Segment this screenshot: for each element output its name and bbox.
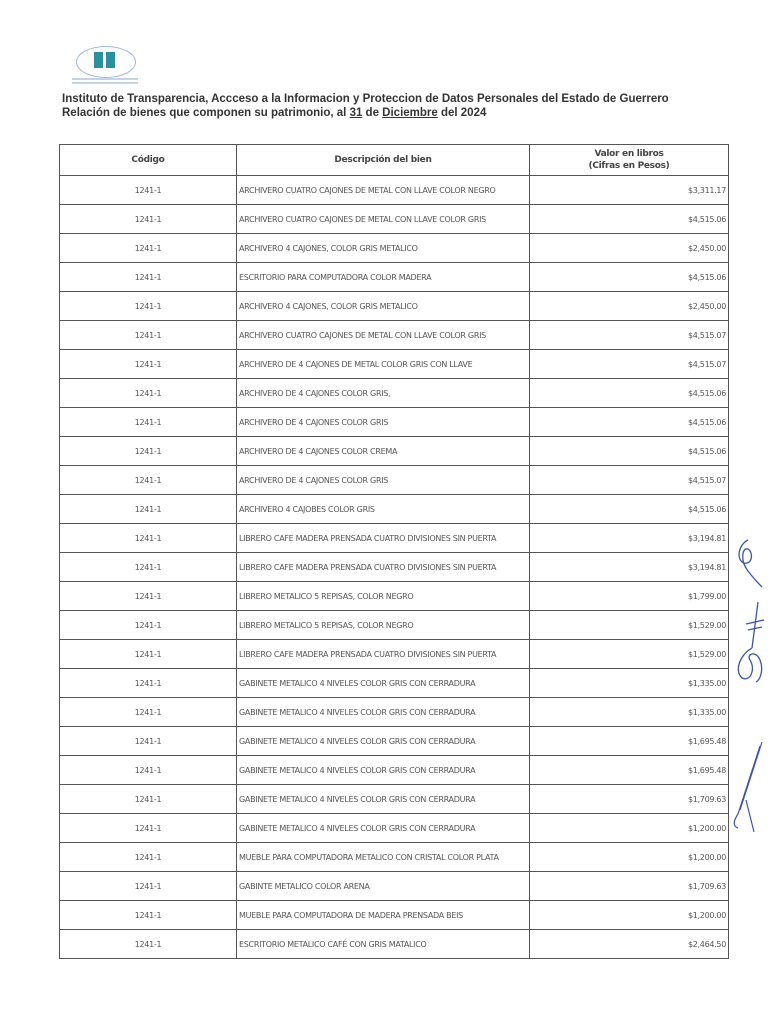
cell-codigo: 1241-1 xyxy=(60,263,237,292)
cell-valor: $1,709.63 xyxy=(530,872,729,901)
signature-line xyxy=(728,740,768,835)
institute-name: Instituto de Transparencia, Accceso a la… xyxy=(62,92,669,106)
table-row: 1241-1GABINETE METALICO 4 NIVELES COLOR … xyxy=(60,669,729,698)
cell-descripcion: MUEBLE PARA COMPUTADORA DE MADERA PRENSA… xyxy=(237,901,530,930)
table-row: 1241-1ARCHIVERO DE 4 CAJONES COLOR GRIS$… xyxy=(60,408,729,437)
table-row: 1241-1ARCHIVERO DE 4 CAJONES DE METAL CO… xyxy=(60,350,729,379)
cell-codigo: 1241-1 xyxy=(60,640,237,669)
cell-valor: $1,335.00 xyxy=(530,669,729,698)
cell-descripcion: GABINETE METALICO 4 NIVELES COLOR GRIS C… xyxy=(237,669,530,698)
cell-codigo: 1241-1 xyxy=(60,292,237,321)
cell-descripcion: MUEBLE PARA COMPUTADORA METALICO CON CRI… xyxy=(237,843,530,872)
cell-codigo: 1241-1 xyxy=(60,698,237,727)
subtitle-de: de xyxy=(362,107,382,119)
column-header-codigo: Código xyxy=(60,145,237,176)
table-header-row: Código Descripción del bien Valor en lib… xyxy=(60,145,729,176)
table-row: 1241-1ESCRITORIO METALICO CAFÉ CON GRIS … xyxy=(60,930,729,959)
cell-descripcion: LIBRERO CAFE MADERA PRENSADA CUATRO DIVI… xyxy=(237,553,530,582)
cell-valor: $4,515.06 xyxy=(530,263,729,292)
cell-codigo: 1241-1 xyxy=(60,437,237,466)
cell-valor: $4,515.06 xyxy=(530,495,729,524)
cell-valor: $4,515.06 xyxy=(530,205,729,234)
cell-valor: $1,799.00 xyxy=(530,582,729,611)
cell-descripcion: LIBRERO CAFE MADERA PRENSADA CUATRO DIVI… xyxy=(237,640,530,669)
cell-codigo: 1241-1 xyxy=(60,321,237,350)
subtitle-day: 31 xyxy=(350,107,363,119)
table-row: 1241-1LIBRERO CAFE MADERA PRENSADA CUATR… xyxy=(60,553,729,582)
cell-valor: $3,311.17 xyxy=(530,176,729,205)
cell-valor: $1,200.00 xyxy=(530,814,729,843)
cell-valor: $4,515.07 xyxy=(530,350,729,379)
cell-codigo: 1241-1 xyxy=(60,176,237,205)
cell-codigo: 1241-1 xyxy=(60,843,237,872)
cell-descripcion: GABINETE METALICO 4 NIVELES COLOR GRIS C… xyxy=(237,698,530,727)
cell-codigo: 1241-1 xyxy=(60,205,237,234)
cell-codigo: 1241-1 xyxy=(60,553,237,582)
table-row: 1241-1ARCHIVERO 4 CAJONES, COLOR GRIS ME… xyxy=(60,234,729,263)
table-row: 1241-1ARCHIVERO DE 4 CAJONES COLOR CREMA… xyxy=(60,437,729,466)
table-row: 1241-1ARCHIVERO 4 CAJOBES COLOR GRIS$4,5… xyxy=(60,495,729,524)
table-row: 1241-1GABINETE METALICO 4 NIVELES COLOR … xyxy=(60,698,729,727)
cell-codigo: 1241-1 xyxy=(60,814,237,843)
cell-descripcion: ARCHIVERO 4 CAJONES, COLOR GRIS METALICO xyxy=(237,292,530,321)
cell-valor: $1,695.48 xyxy=(530,756,729,785)
logo-book-icon xyxy=(94,52,116,68)
cell-descripcion: LIBRERO CAFE MADERA PRENSADA CUATRO DIVI… xyxy=(237,524,530,553)
cell-codigo: 1241-1 xyxy=(60,930,237,959)
cell-codigo: 1241-1 xyxy=(60,379,237,408)
cell-valor: $2,450.00 xyxy=(530,234,729,263)
cell-descripcion: ARCHIVERO 4 CAJOBES COLOR GRIS xyxy=(237,495,530,524)
cell-descripcion: GABINETE METALICO 4 NIVELES COLOR GRIS C… xyxy=(237,814,530,843)
cell-descripcion: ARCHIVERO DE 4 CAJONES COLOR CREMA xyxy=(237,437,530,466)
cell-descripcion: LIBRERO METALICO 5 REPISAS, COLOR NEGRO xyxy=(237,582,530,611)
cell-codigo: 1241-1 xyxy=(60,669,237,698)
cell-valor: $4,515.07 xyxy=(530,321,729,350)
cell-valor: $1,200.00 xyxy=(530,843,729,872)
cell-codigo: 1241-1 xyxy=(60,466,237,495)
cell-descripcion: ARCHIVERO CUATRO CAJONES DE METAL CON LL… xyxy=(237,176,530,205)
cell-descripcion: ARCHIVERO CUATRO CAJONES DE METAL CON LL… xyxy=(237,321,530,350)
cell-codigo: 1241-1 xyxy=(60,350,237,379)
table-row: 1241-1GABINETE METALICO 4 NIVELES COLOR … xyxy=(60,785,729,814)
cell-valor: $1,335.00 xyxy=(530,698,729,727)
table-row: 1241-1GABINETE METALICO 4 NIVELES COLOR … xyxy=(60,756,729,785)
cell-codigo: 1241-1 xyxy=(60,582,237,611)
table-row: 1241-1LIBRERO CAFE MADERA PRENSADA CUATR… xyxy=(60,524,729,553)
cell-codigo: 1241-1 xyxy=(60,756,237,785)
cell-valor: $1,529.00 xyxy=(530,611,729,640)
cell-valor: $2,450.00 xyxy=(530,292,729,321)
cell-valor: $3,194.81 xyxy=(530,553,729,582)
column-header-descripcion: Descripción del bien xyxy=(237,145,530,176)
table-row: 1241-1MUEBLE PARA COMPUTADORA METALICO C… xyxy=(60,843,729,872)
cell-descripcion: GABINETE METALICO 4 NIVELES COLOR GRIS C… xyxy=(237,727,530,756)
cell-valor: $4,515.06 xyxy=(530,379,729,408)
cell-descripcion: GABINETE METALICO 4 NIVELES COLOR GRIS C… xyxy=(237,756,530,785)
document-title: Instituto de Transparencia, Accceso a la… xyxy=(62,92,669,120)
cell-valor: $1,695.48 xyxy=(530,727,729,756)
cell-codigo: 1241-1 xyxy=(60,495,237,524)
institute-logo-icon xyxy=(70,44,144,90)
cell-valor: $1,529.00 xyxy=(530,640,729,669)
cell-valor: $4,515.06 xyxy=(530,437,729,466)
cell-descripcion: LIBRERO METALICO 5 REPISAS, COLOR NEGRO xyxy=(237,611,530,640)
cell-descripcion: GABINTE METALICO COLOR ARENA xyxy=(237,872,530,901)
cell-descripcion: ARCHIVERO 4 CAJONES, COLOR GRIS METALICO xyxy=(237,234,530,263)
cell-descripcion: ARCHIVERO DE 4 CAJONES DE METAL COLOR GR… xyxy=(237,350,530,379)
table-row: 1241-1GABINETE METALICO 4 NIVELES COLOR … xyxy=(60,814,729,843)
subtitle-prefix: Relación de bienes que componen su patri… xyxy=(62,107,350,119)
cell-descripcion: GABINETE METALICO 4 NIVELES COLOR GRIS C… xyxy=(237,785,530,814)
cell-valor: $4,515.06 xyxy=(530,408,729,437)
cell-codigo: 1241-1 xyxy=(60,785,237,814)
cell-codigo: 1241-1 xyxy=(60,611,237,640)
valor-header-line2: (Cifras en Pesos) xyxy=(530,160,728,172)
table-row: 1241-1GABINTE METALICO COLOR ARENA$1,709… xyxy=(60,872,729,901)
logo-caption-2 xyxy=(72,82,138,84)
assets-table: Código Descripción del bien Valor en lib… xyxy=(59,144,729,959)
logo-caption xyxy=(72,78,138,80)
cell-codigo: 1241-1 xyxy=(60,408,237,437)
table-row: 1241-1ARCHIVERO CUATRO CAJONES DE METAL … xyxy=(60,321,729,350)
table-row: 1241-1ARCHIVERO 4 CAJONES, COLOR GRIS ME… xyxy=(60,292,729,321)
cell-codigo: 1241-1 xyxy=(60,524,237,553)
cell-codigo: 1241-1 xyxy=(60,872,237,901)
cell-valor: $1,709.63 xyxy=(530,785,729,814)
cell-codigo: 1241-1 xyxy=(60,727,237,756)
cell-descripcion: ESCRITORIO PARA COMPUTADORA COLOR MADERA xyxy=(237,263,530,292)
cell-valor: $1,200.00 xyxy=(530,901,729,930)
cell-descripcion: ESCRITORIO METALICO CAFÉ CON GRIS MATALI… xyxy=(237,930,530,959)
table-row: 1241-1ESCRITORIO PARA COMPUTADORA COLOR … xyxy=(60,263,729,292)
column-header-valor: Valor en libros(Cifras en Pesos) xyxy=(530,145,729,176)
cell-valor: $4,515.07 xyxy=(530,466,729,495)
table-row: 1241-1ARCHIVERO DE 4 CAJONES COLOR GRIS,… xyxy=(60,379,729,408)
table-row: 1241-1ARCHIVERO CUATRO CAJONES DE METAL … xyxy=(60,205,729,234)
cell-codigo: 1241-1 xyxy=(60,901,237,930)
cell-valor: $2,464.50 xyxy=(530,930,729,959)
table-row: 1241-1LIBRERO CAFE MADERA PRENSADA CUATR… xyxy=(60,640,729,669)
table-row: 1241-1LIBRERO METALICO 5 REPISAS, COLOR … xyxy=(60,582,729,611)
valor-header-line1: Valor en libros xyxy=(530,148,728,160)
cell-descripcion: ARCHIVERO DE 4 CAJONES COLOR GRIS, xyxy=(237,379,530,408)
cell-codigo: 1241-1 xyxy=(60,234,237,263)
cell-descripcion: ARCHIVERO CUATRO CAJONES DE METAL CON LL… xyxy=(237,205,530,234)
table-body: 1241-1ARCHIVERO CUATRO CAJONES DE METAL … xyxy=(60,176,729,959)
table-row: 1241-1LIBRERO METALICO 5 REPISAS, COLOR … xyxy=(60,611,729,640)
signature xyxy=(730,600,770,690)
table-row: 1241-1MUEBLE PARA COMPUTADORA DE MADERA … xyxy=(60,901,729,930)
document-subtitle: Relación de bienes que componen su patri… xyxy=(62,106,669,120)
cell-valor: $3,194.81 xyxy=(530,524,729,553)
table-row: 1241-1ARCHIVERO CUATRO CAJONES DE METAL … xyxy=(60,176,729,205)
cell-descripcion: ARCHIVERO DE 4 CAJONES COLOR GRIS xyxy=(237,408,530,437)
subtitle-year: del 2024 xyxy=(438,107,487,119)
table-row: 1241-1ARCHIVERO DE 4 CAJONES COLOR GRIS$… xyxy=(60,466,729,495)
initials-signature xyxy=(728,535,768,595)
cell-descripcion: ARCHIVERO DE 4 CAJONES COLOR GRIS xyxy=(237,466,530,495)
table-row: 1241-1GABINETE METALICO 4 NIVELES COLOR … xyxy=(60,727,729,756)
subtitle-month: Diciembre xyxy=(382,107,438,119)
